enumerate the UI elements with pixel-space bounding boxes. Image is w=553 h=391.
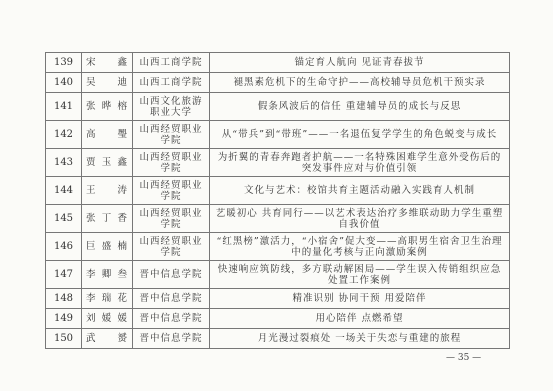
table-row: 146巨盛楠山西经贸职业学院“红黑榜”激活力，“小宿舍”促大变——高职男生宿舍卫…	[46, 233, 510, 261]
row-number: 141	[46, 93, 82, 121]
person-name: 贾玉鑫	[82, 149, 133, 177]
row-number: 149	[46, 309, 82, 329]
row-number: 142	[46, 121, 82, 149]
school-name: 晋中信息学院	[133, 309, 210, 329]
case-list-table: 139宋 鑫山西工商学院锚定育人航向 见证青春拔节 140吴 迪山西工商学院褪黑…	[45, 52, 510, 349]
case-title: “红黑榜”激活力，“小宿舍”促大变——高职男生宿舍卫生治理中的量化考核与正向激励…	[210, 233, 510, 261]
table-row: 150武 赟晋中信息学院月光漫过裂痕处 一场关于失恋与重建的旅程	[46, 329, 510, 349]
table-row: 142高 璺山西经贸职业学院从“带兵”到“带班”——一名退伍复学学生的角色蜕变与…	[46, 121, 510, 149]
person-name: 宋 鑫	[82, 53, 133, 73]
school-name: 山西文化旅游职业大学	[133, 93, 210, 121]
row-number: 147	[46, 261, 82, 289]
table-row: 144王 涛山西经贸职业学院文化与艺术：校馆共育主题活动融入实践育人机制	[46, 177, 510, 205]
case-title: 用心陪伴 点燃希望	[210, 309, 510, 329]
person-name: 张晔榕	[82, 93, 133, 121]
table-row: 147李卿叁晋中信息学院快速响应筑防线，多方联动解困局——学生误入传销组织应急处…	[46, 261, 510, 289]
person-name: 李卿叁	[82, 261, 133, 289]
case-title: 快速响应筑防线，多方联动解困局——学生误入传销组织应急处置工作案例	[210, 261, 510, 289]
case-title: 假条风波后的信任 重建辅导员的成长与反思	[210, 93, 510, 121]
table-row: 139宋 鑫山西工商学院锚定育人航向 见证青春拔节	[46, 53, 510, 73]
row-number: 139	[46, 53, 82, 73]
person-name: 武 赟	[82, 329, 133, 349]
school-name: 山西经贸职业学院	[133, 205, 210, 233]
case-title: 为折翼的青春奔跑者护航——一名特殊困难学生意外受伤后的突发事件应对与价值引领	[210, 149, 510, 177]
school-name: 晋中信息学院	[133, 261, 210, 289]
person-name: 张丁香	[82, 205, 133, 233]
school-name: 晋中信息学院	[133, 289, 210, 309]
person-name: 巨盛楠	[82, 233, 133, 261]
row-number: 143	[46, 149, 82, 177]
school-name: 晋中信息学院	[133, 329, 210, 349]
table-row: 145张丁香山西经贸职业学院艺暖初心 共育同行——以艺术表达治疗多维联动助力学生…	[46, 205, 510, 233]
case-title: 文化与艺术：校馆共育主题活动融入实践育人机制	[210, 177, 510, 205]
table-row: 141张晔榕山西文化旅游职业大学假条风波后的信任 重建辅导员的成长与反思	[46, 93, 510, 121]
table-row: 148李瑞花晋中信息学院精准识别 协同干预 用爱陪伴	[46, 289, 510, 309]
row-number: 146	[46, 233, 82, 261]
row-number: 145	[46, 205, 82, 233]
row-number: 144	[46, 177, 82, 205]
case-title: 精准识别 协同干预 用爱陪伴	[210, 289, 510, 309]
case-title: 褪黑素危机下的生命守护——高校辅导员危机干预实录	[210, 73, 510, 93]
case-title: 从“带兵”到“带班”——一名退伍复学学生的角色蜕变与成长	[210, 121, 510, 149]
table-row: 149刘媛媛晋中信息学院用心陪伴 点燃希望	[46, 309, 510, 329]
row-number: 148	[46, 289, 82, 309]
school-name: 山西经贸职业学院	[133, 121, 210, 149]
case-title: 月光漫过裂痕处 一场关于失恋与重建的旅程	[210, 329, 510, 349]
page-number: — 35 —	[446, 353, 481, 363]
school-name: 山西工商学院	[133, 73, 210, 93]
person-name: 王 涛	[82, 177, 133, 205]
row-number: 150	[46, 329, 82, 349]
school-name: 山西工商学院	[133, 53, 210, 73]
person-name: 刘媛媛	[82, 309, 133, 329]
school-name: 山西经贸职业学院	[133, 149, 210, 177]
table-row: 140吴 迪山西工商学院褪黑素危机下的生命守护——高校辅导员危机干预实录	[46, 73, 510, 93]
row-number: 140	[46, 73, 82, 93]
case-title: 艺暖初心 共育同行——以艺术表达治疗多维联动助力学生重塑自我价值	[210, 205, 510, 233]
school-name: 山西经贸职业学院	[133, 233, 210, 261]
table-row: 143贾玉鑫山西经贸职业学院为折翼的青春奔跑者护航——一名特殊困难学生意外受伤后…	[46, 149, 510, 177]
case-title: 锚定育人航向 见证青春拔节	[210, 53, 510, 73]
person-name: 李瑞花	[82, 289, 133, 309]
school-name: 山西经贸职业学院	[133, 177, 210, 205]
person-name: 高 璺	[82, 121, 133, 149]
person-name: 吴 迪	[82, 73, 133, 93]
